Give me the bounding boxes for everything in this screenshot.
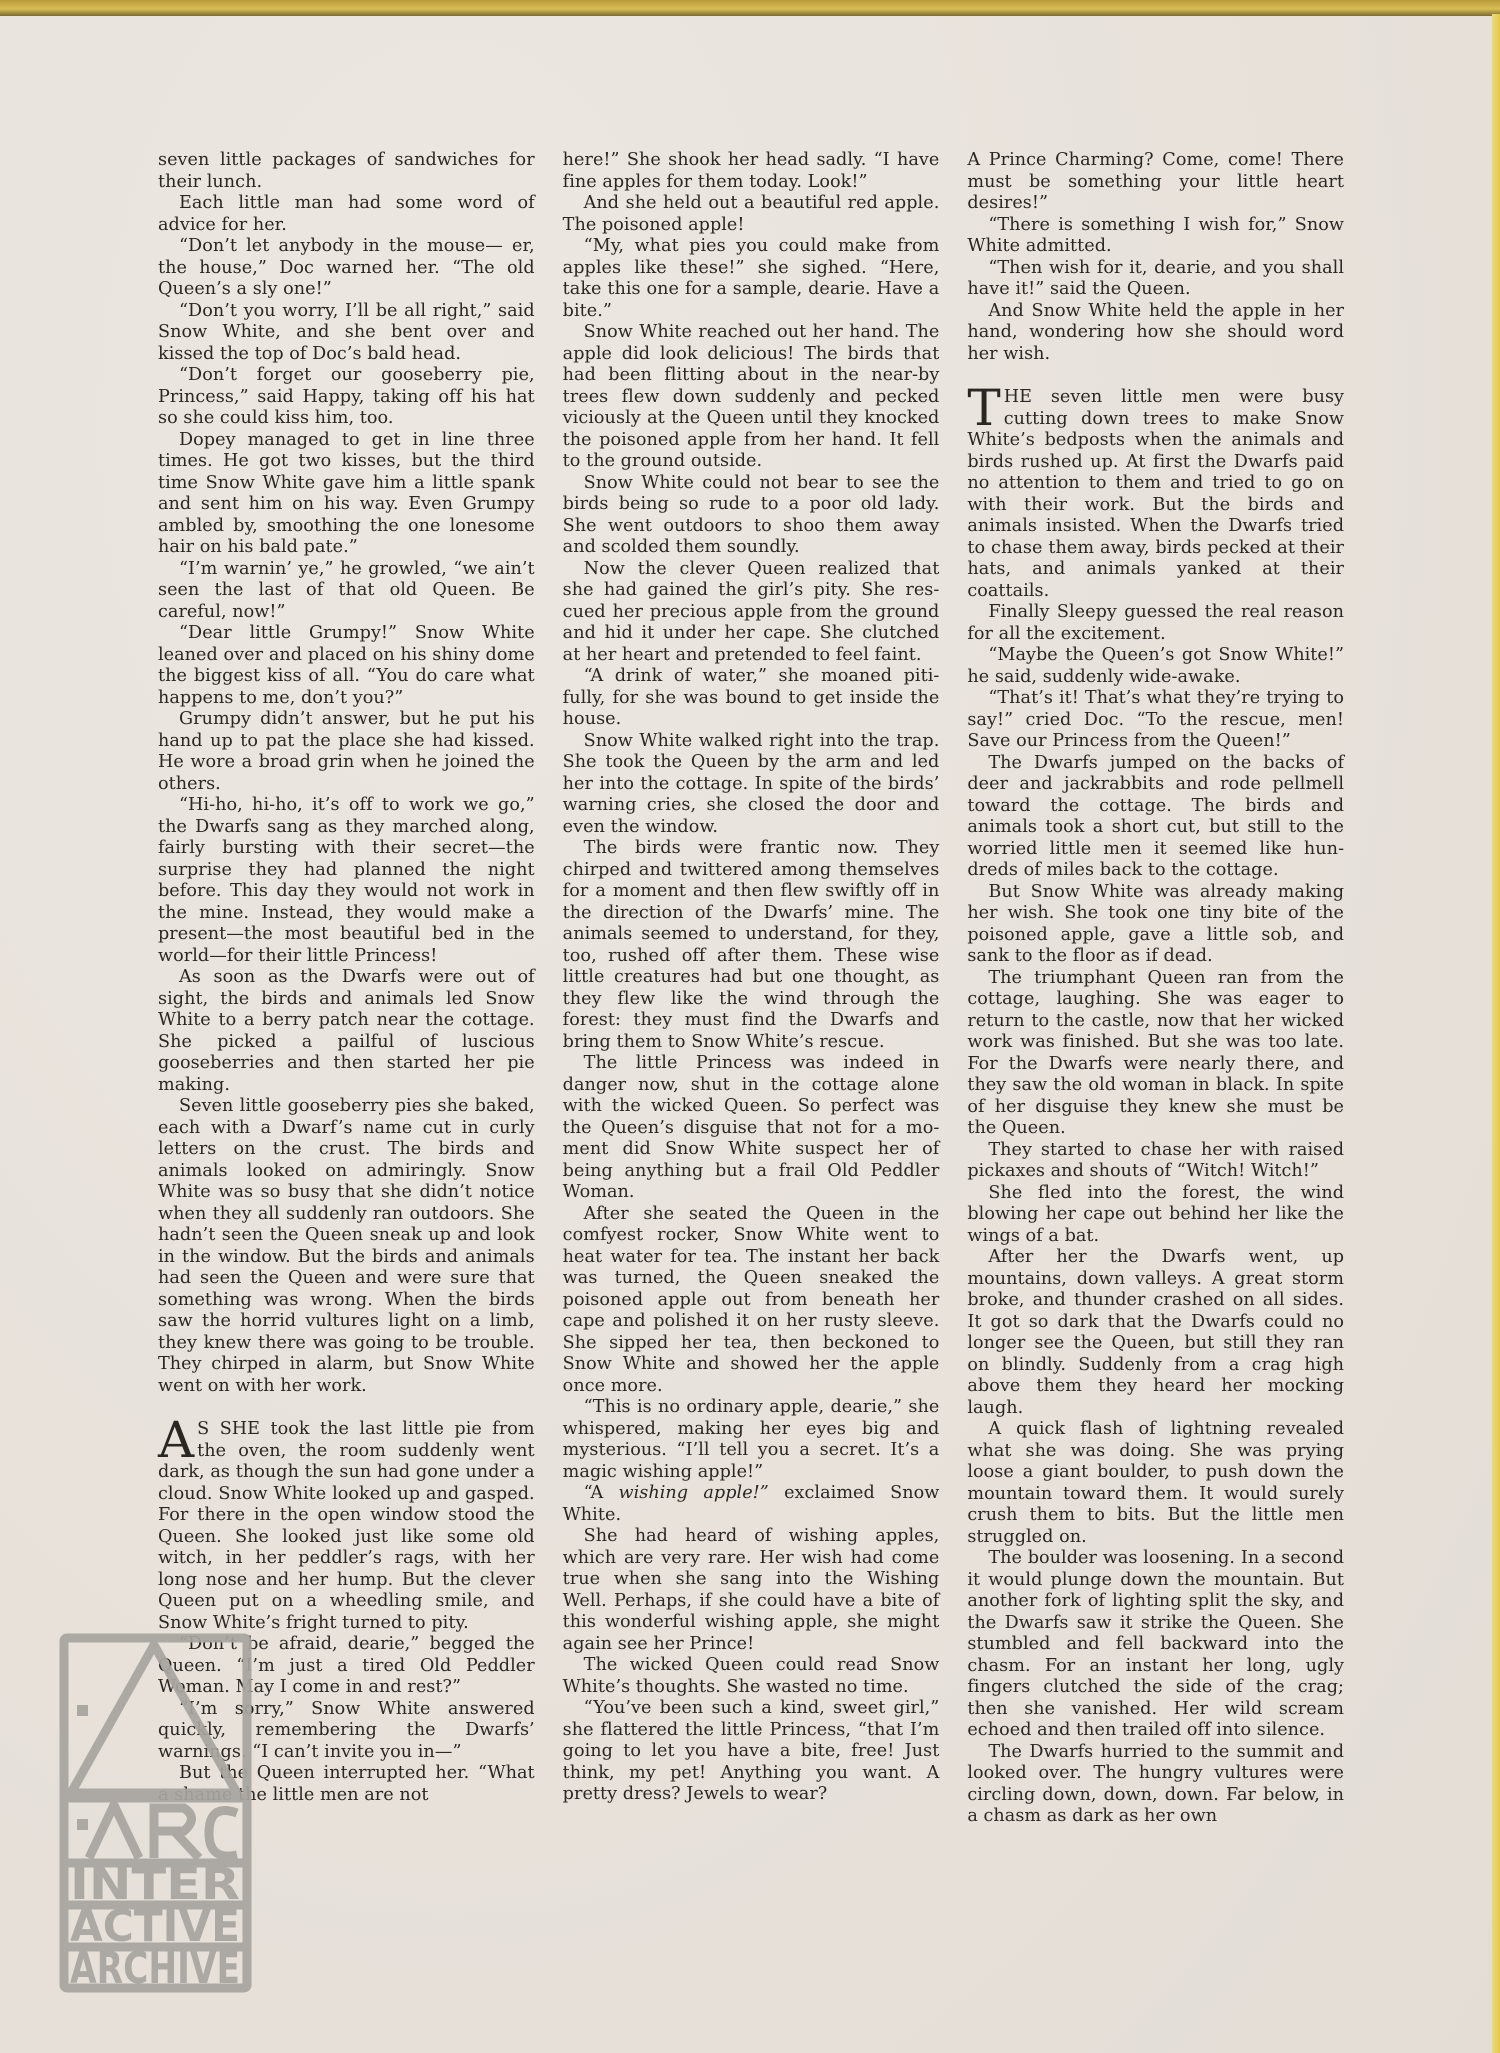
story-paragraph: She had heard of wishing apples, which a…	[563, 1526, 940, 1655]
story-paragraph: “There is something I wish for,” Snow Wh…	[967, 215, 1344, 258]
story-paragraph: But Snow White was already mak­ing her w…	[967, 882, 1344, 968]
paragraph-text: “My, what pies you could make from apple…	[563, 236, 940, 321]
paragraph-text: But Snow White was already mak­ing her w…	[967, 882, 1344, 967]
paragraph-text: “I’m warnin’ ye,” he growled, “we ain’t …	[158, 559, 535, 622]
paragraph-text: Each little man had some word of advice …	[158, 193, 535, 235]
paragraph-text: “This is no ordinary apple, dearie,” she…	[563, 1397, 940, 1482]
story-columns: seven little packages of sandwiches for …	[158, 150, 1344, 1900]
story-paragraph: Each little man had some word of advice …	[158, 193, 535, 236]
story-paragraph: THE seven little men were busy cutting d…	[967, 387, 1344, 602]
paragraph-text: Finally Sleepy guessed the real rea­son …	[967, 602, 1344, 644]
story-paragraph: After she seated the Queen in the comfye…	[563, 1204, 940, 1398]
paragraph-text: The triumphant Queen ran from the cottag…	[967, 968, 1344, 1139]
story-paragraph: “Don’t let anybody in the mouse— er, the…	[158, 236, 535, 301]
paragraph-text: She fled into the forest, the wind blowi…	[967, 1183, 1344, 1246]
story-paragraph: The boulder was loosening. In a sec­ond …	[967, 1548, 1344, 1742]
paragraph-text: Seven little gooseberry pies she baked, …	[158, 1096, 535, 1396]
paragraph-text: S SHE took the last little pie from the …	[158, 1419, 535, 1633]
story-paragraph: The wicked Queen could read Snow White’s…	[563, 1655, 940, 1698]
story-paragraph: AS SHE took the last little pie from the…	[158, 1419, 535, 1634]
story-paragraph: The Dwarfs hurried to the summit and loo…	[967, 1742, 1344, 1828]
drop-cap: A	[158, 1420, 194, 1460]
story-column-middle: here!” She shook her head sadly. “I have…	[563, 150, 940, 1900]
story-paragraph: “A drink of water,” she moaned piti­full…	[563, 666, 940, 731]
story-paragraph: A quick flash of lightning revealed what…	[967, 1419, 1344, 1548]
drop-cap: T	[967, 388, 1000, 428]
interactive-archive-logo-icon: INTER ACTIVE ARCHIVE	[59, 1633, 252, 1993]
paragraph-text: The wicked Queen could read Snow White’s…	[563, 1655, 940, 1697]
story-paragraph: Grumpy didn’t answer, but he put his han…	[158, 709, 535, 795]
story-paragraph: After her the Dwarfs went, up mountains,…	[967, 1247, 1344, 1419]
paragraph-text: Now the clever Queen realized that she h…	[563, 559, 940, 665]
story-paragraph: “Don’t forget our gooseberry pie, Prince…	[158, 365, 535, 430]
paragraph-text: Snow White could not bear to see the bir…	[563, 473, 940, 558]
paragraph-text: After her the Dwarfs went, up mountains,…	[967, 1247, 1344, 1418]
paragraph-text: Dopey managed to get in line three times…	[158, 430, 535, 558]
paragraph-text: The little Princess was indeed in danger…	[563, 1053, 940, 1202]
story-paragraph: And Snow White held the apple in her han…	[967, 301, 1344, 366]
paragraph-text: HE seven little men were busy cutting do…	[967, 387, 1344, 601]
story-paragraph: Dopey managed to get in line three times…	[158, 430, 535, 559]
story-paragraph: Now the clever Queen realized that she h…	[563, 559, 940, 667]
story-column-right: A Prince Charming? Come, come! There mus…	[967, 150, 1344, 1900]
story-paragraph: And she held out a beautiful red apple. …	[563, 193, 940, 236]
story-paragraph: As soon as the Dwarfs were out of sight,…	[158, 967, 535, 1096]
story-paragraph: Snow White walked right into the trap. S…	[563, 731, 940, 839]
story-paragraph: They started to chase her with raised pi…	[967, 1140, 1344, 1183]
paragraph-text: The birds were frantic now. They chirped…	[563, 838, 940, 1052]
story-paragraph: Snow White could not bear to see the bir…	[563, 473, 940, 559]
paragraph-text: After she seated the Queen in the comfye…	[563, 1204, 940, 1396]
paragraph-text: “There is something I wish for,” Snow Wh…	[967, 215, 1344, 257]
paragraph-text: “A	[584, 1483, 619, 1503]
paragraph-text: here!” She shook her head sadly. “I have…	[563, 150, 940, 192]
story-paragraph: The Dwarfs jumped on the backs of deer a…	[967, 753, 1344, 882]
paragraph-text: Snow White walked right into the trap. S…	[563, 731, 940, 837]
story-paragraph: Finally Sleepy guessed the real rea­son …	[967, 602, 1344, 645]
paragraph-text: “A drink of water,” she moaned piti­full…	[563, 666, 940, 729]
emphasized-text: wishing apple!”	[618, 1483, 768, 1503]
story-paragraph: Snow White reached out her hand. The app…	[563, 322, 940, 473]
story-paragraph: “Dear little Grumpy!” Snow White leaned …	[158, 623, 535, 709]
paragraph-text: Snow White reached out her hand. The app…	[563, 322, 940, 471]
paragraph-text: “Don’t forget our gooseberry pie, Prince…	[158, 365, 535, 428]
story-paragraph: “Don’t you worry, I’ll be all right,” sa…	[158, 301, 535, 366]
story-paragraph: here!” She shook her head sadly. “I have…	[563, 150, 940, 193]
paragraph-text: And she held out a beautiful red apple. …	[563, 193, 940, 235]
story-paragraph: The little Princess was indeed in danger…	[563, 1053, 940, 1204]
story-paragraph: “This is no ordinary apple, dearie,” she…	[563, 1397, 940, 1483]
paragraph-text: The Dwarfs hurried to the summit and loo…	[967, 1742, 1344, 1827]
story-paragraph: “A wishing apple!” exclaimed Snow White.	[563, 1483, 940, 1526]
story-paragraph: “That’s it! That’s what they’re trying t…	[967, 688, 1344, 753]
paragraph-text: “Dear little Grumpy!” Snow White leaned …	[158, 623, 535, 708]
story-paragraph: Seven little gooseberry pies she baked, …	[158, 1096, 535, 1397]
paragraph-text: “Hi-ho, hi-ho, it’s off to work we go,” …	[158, 795, 535, 966]
paragraph-text: Grumpy didn’t answer, but he put his han…	[158, 709, 535, 794]
book-right-edge	[1492, 14, 1500, 2053]
paragraph-text: The Dwarfs jumped on the backs of deer a…	[967, 753, 1344, 881]
book-top-edge	[0, 0, 1500, 16]
story-paragraph: “You’ve been such a kind, sweet girl,” s…	[563, 1698, 940, 1806]
paragraph-text: The boulder was loosening. In a sec­ond …	[967, 1548, 1344, 1740]
story-paragraph: She fled into the forest, the wind blowi…	[967, 1183, 1344, 1248]
paragraph-text: A quick flash of lightning revealed what…	[967, 1419, 1344, 1547]
watermark-line-archive: ARCHIVE	[70, 1943, 240, 1993]
paragraph-text: “Then wish for it, dearie, and you shall…	[967, 258, 1344, 300]
story-paragraph: “I’m warnin’ ye,” he growled, “we ain’t …	[158, 559, 535, 624]
story-paragraph: The birds were frantic now. They chirped…	[563, 838, 940, 1053]
paragraph-text: “Don’t you worry, I’ll be all right,” sa…	[158, 301, 535, 364]
paragraph-text: “You’ve been such a kind, sweet girl,” s…	[563, 1698, 940, 1804]
story-paragraph: “Maybe the Queen’s got Snow White!” he s…	[967, 645, 1344, 688]
paragraph-text: “Maybe the Queen’s got Snow White!” he s…	[967, 645, 1344, 687]
story-paragraph: seven little packages of sandwiches for …	[158, 150, 535, 193]
story-paragraph: The triumphant Queen ran from the cottag…	[967, 968, 1344, 1140]
paragraph-text: They started to chase her with raised pi…	[967, 1140, 1344, 1182]
paragraph-text: “That’s it! That’s what they’re trying t…	[967, 688, 1344, 751]
story-paragraph: “Then wish for it, dearie, and you shall…	[967, 258, 1344, 301]
paragraph-text: “Don’t let anybody in the mouse— er, the…	[158, 236, 535, 299]
paragraph-text: seven little packages of sandwiches for …	[158, 150, 535, 192]
paragraph-text: As soon as the Dwarfs were out of sight,…	[158, 967, 535, 1095]
story-paragraph: “Hi-ho, hi-ho, it’s off to work we go,” …	[158, 795, 535, 967]
paragraph-text: A Prince Charming? Come, come! There mus…	[967, 150, 1344, 213]
paragraph-text: She had heard of wishing apples, which a…	[563, 1526, 940, 1654]
story-paragraph: “My, what pies you could make from apple…	[563, 236, 940, 322]
story-paragraph: A Prince Charming? Come, come! There mus…	[967, 150, 1344, 215]
paragraph-text: And Snow White held the apple in her han…	[967, 301, 1344, 364]
